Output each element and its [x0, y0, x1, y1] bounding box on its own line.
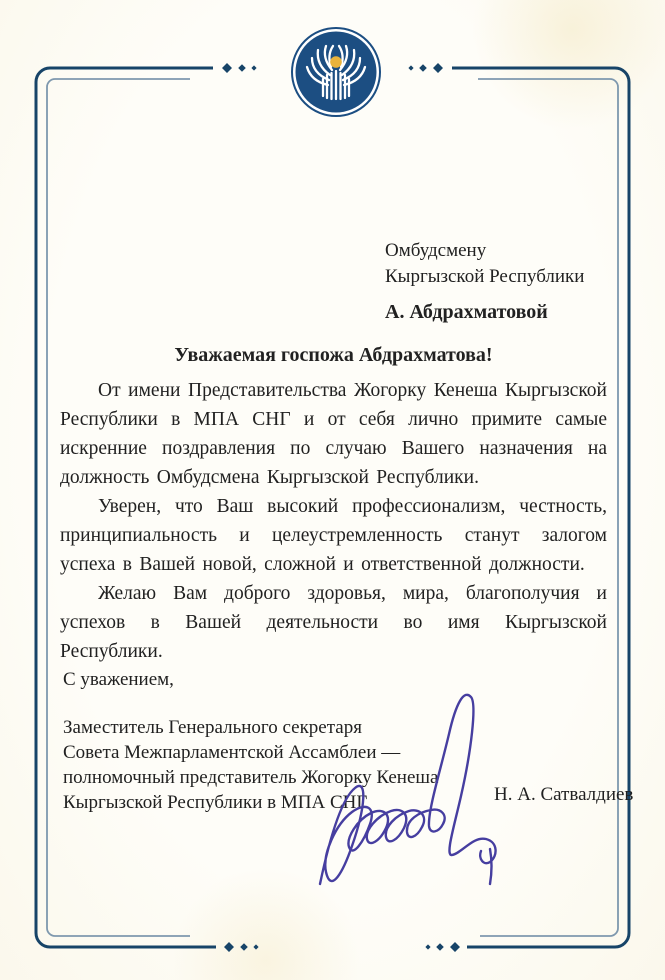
recipient-line: Омбудсмену: [385, 238, 584, 264]
letter-page: Омбудсмену Кыргызской Республики А. Абдр…: [0, 0, 665, 980]
recipient-line: Кыргызской Республики: [385, 264, 584, 290]
closing-phrase: С уважением,: [63, 669, 174, 691]
recipient-name: А. Абдрахматовой: [385, 301, 548, 324]
signer-title-line: Заместитель Генерального секретаря: [63, 715, 438, 740]
salutation: Уважаемая госпожа Абдрахматова!: [60, 344, 607, 367]
body-paragraph: Уверен, что Ваш высокий профессионализм,…: [60, 492, 607, 579]
cis-emblem-icon: [286, 22, 386, 122]
signer-title-line: Совета Межпарламентской Ассамблеи —: [63, 740, 438, 765]
letter-body: От имени Представительства Жогорку Кенеш…: [60, 376, 607, 666]
body-paragraph: Желаю Вам доброго здоровья, мира, благоп…: [60, 579, 607, 666]
signer-title-line: полномочный представитель Жогорку Кенеша: [63, 765, 438, 790]
signer-name: Н. А. Сатвалдиев: [494, 784, 633, 806]
body-paragraph: От имени Представительства Жогорку Кенеш…: [60, 376, 607, 492]
signer-title-line: Кыргызской Республики в МПА СНГ: [63, 790, 438, 815]
signer-title-block: Заместитель Генерального секретаря Совет…: [63, 715, 438, 815]
recipient-block: Омбудсмену Кыргызской Республики: [385, 238, 584, 290]
